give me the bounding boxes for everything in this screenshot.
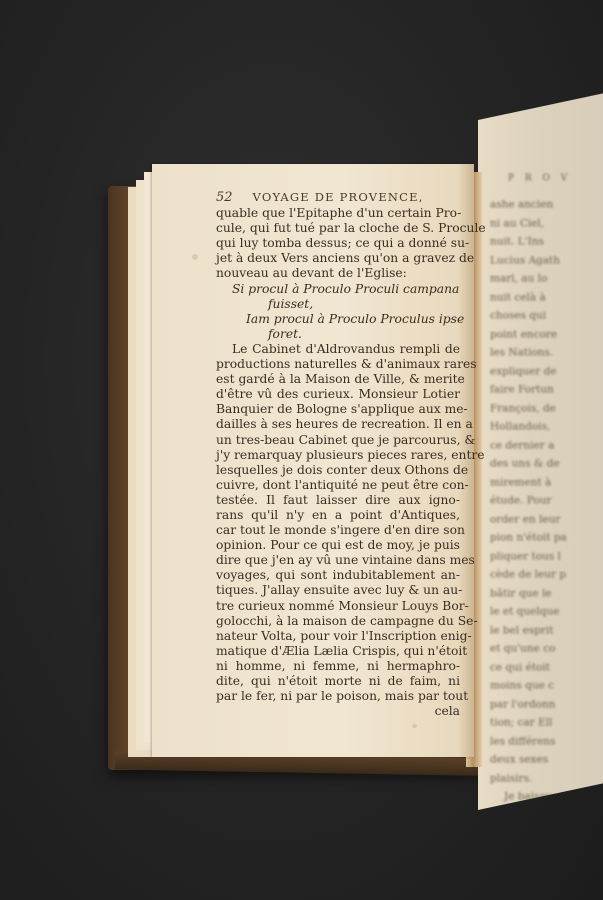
running-title: VOYAGE DE PROVENCE,	[253, 190, 424, 205]
right-page-line: étude. Pour	[490, 491, 603, 510]
right-page-line: Lucius Agath	[490, 251, 603, 269]
right-page-line: le bel esprit	[490, 621, 603, 640]
text-line: tre curieux nommé Monsieur Louys Bor-	[216, 599, 460, 614]
latin-verse-line: foret.	[216, 327, 460, 342]
text-line: cule, qui fut tué par la cloche de S. Pr…	[216, 221, 460, 236]
right-page-line: les Nations.	[490, 343, 603, 362]
right-page-line: choses qui	[490, 306, 603, 325]
right-page-line: plaisirs.	[490, 769, 603, 788]
text-line: d'être vû des curieux. Monsieur Lotier	[216, 387, 460, 402]
text-line: lesquelles je dois conter deux Othons de	[216, 463, 460, 478]
text-line: qui luy tomba dessus; ce qui a donné su-	[216, 236, 460, 251]
right-page-line: point encore	[490, 325, 603, 344]
right-page-line: deux sexes	[490, 750, 603, 769]
text-line: quable que l'Epitaphe d'un certain Pro-	[216, 206, 460, 221]
right-page-line: ce qui étoit	[490, 658, 603, 677]
right-page-line: ashe ancien	[490, 195, 603, 214]
text-line: est gardé à la Maison de Ville, & merite	[216, 372, 460, 387]
text-line: cuivre, dont l'antiquité ne peut être co…	[216, 478, 460, 493]
text-line: jet à deux Vers anciens qu'on a gravez d…	[216, 251, 460, 266]
right-page-line: tion; car Ell	[490, 713, 603, 732]
text-line: matique d'Ælia Lælia Crispis, qui n'étoi…	[216, 644, 460, 659]
right-page-line: les différens	[490, 732, 603, 751]
text-line: rans qu'il n'y en a point d'Antiques,	[216, 508, 460, 523]
text-line: nateur Volta, pour voir l'Inscription en…	[216, 629, 460, 644]
text-line: par le fer, ni par le poison, mais par t…	[216, 689, 460, 704]
right-page-line: François, de	[490, 399, 603, 418]
left-page-text: 52 VOYAGE DE PROVENCE, quable que l'Epit…	[216, 190, 460, 719]
text-line: nouveau au devant de l'Eglise:	[216, 266, 460, 281]
right-page-line: Je baisay	[490, 787, 603, 806]
text-line: voyages, qui sont indubitablement an-	[216, 568, 460, 583]
page-number: 52	[216, 190, 233, 205]
text-line: testée. Il faut laisser dire aux igno-	[216, 493, 460, 508]
right-page-line: mirement à	[490, 473, 603, 492]
latin-verse-line: fuisset,	[216, 297, 460, 312]
right-page-line: ce dernier a	[490, 436, 603, 455]
text-line: Le Cabinet d'Aldrovandus rempli de	[216, 342, 460, 357]
latin-verse-line: Iam procul à Proculo Proculus ipse	[216, 312, 460, 327]
right-page-line: pliquer tous l	[490, 547, 603, 566]
right-page-line: des uns & de	[490, 454, 603, 473]
right-running-head: P R O V	[508, 174, 571, 184]
latin-verse-line: Si procul à Proculo Proculi campana	[216, 282, 460, 297]
text-line: tiques. J'allay ensuite avec luy & un au…	[216, 583, 460, 598]
right-page-line: K	[490, 806, 603, 810]
right-page-line: expliquer de	[490, 362, 603, 381]
right-page-line: bâtir que le	[490, 584, 603, 603]
catchword: cela	[216, 704, 460, 719]
text-line: ni homme, ni femme, ni hermaphro-	[216, 659, 460, 674]
right-page-line: faire Fortun	[490, 380, 603, 399]
text-line: opinion. Pour ce qui est de moy, je puis	[216, 538, 460, 553]
text-line: golocchi, à la maison de campagne du Se-	[216, 614, 460, 629]
right-page-line: nuit celà à	[490, 288, 603, 307]
text-line: un tres-beau Cabinet que je parcourus, &	[216, 433, 460, 448]
text-line: dire que j'en ay vû une vintaine dans me…	[216, 553, 460, 568]
right-page-line: order en leur	[490, 510, 603, 529]
right-page-line: et qu'une co	[490, 639, 603, 658]
right-page-line: par l'ordonn	[490, 695, 603, 714]
right-page-line: mari, au lo	[490, 269, 603, 288]
right-page-line: nuit. L'Ins	[490, 232, 603, 251]
running-head: 52 VOYAGE DE PROVENCE,	[216, 190, 460, 205]
right-page: P R O V ashe ancienni au Ciel,nuit. L'In…	[478, 90, 603, 810]
right-page-line: pion n'étoit pa	[490, 528, 603, 547]
text-line: productions naturelles & d'animaux rares	[216, 357, 460, 372]
right-page-text: ashe ancienni au Ciel,nuit. L'InsLucius …	[490, 195, 603, 810]
text-line: Banquier de Bologne s'applique aux me-	[216, 402, 460, 417]
text-line: j'y remarquay plusieurs pieces rares, en…	[216, 448, 460, 463]
right-page-line: ni au Ciel,	[490, 214, 603, 233]
text-line: car tout le monde s'ingere d'en dire son	[216, 523, 460, 538]
right-page-line: cède de leur p	[490, 565, 603, 584]
right-page-line: moins que c	[490, 676, 603, 695]
text-line: dailles à ses heures de recreation. Il e…	[216, 417, 460, 432]
right-page-line: le et quelque	[490, 602, 603, 621]
text-line: dite, qui n'étoit morte ni de faim, ni	[216, 674, 460, 689]
right-page-line: Hollandois,	[490, 417, 603, 436]
